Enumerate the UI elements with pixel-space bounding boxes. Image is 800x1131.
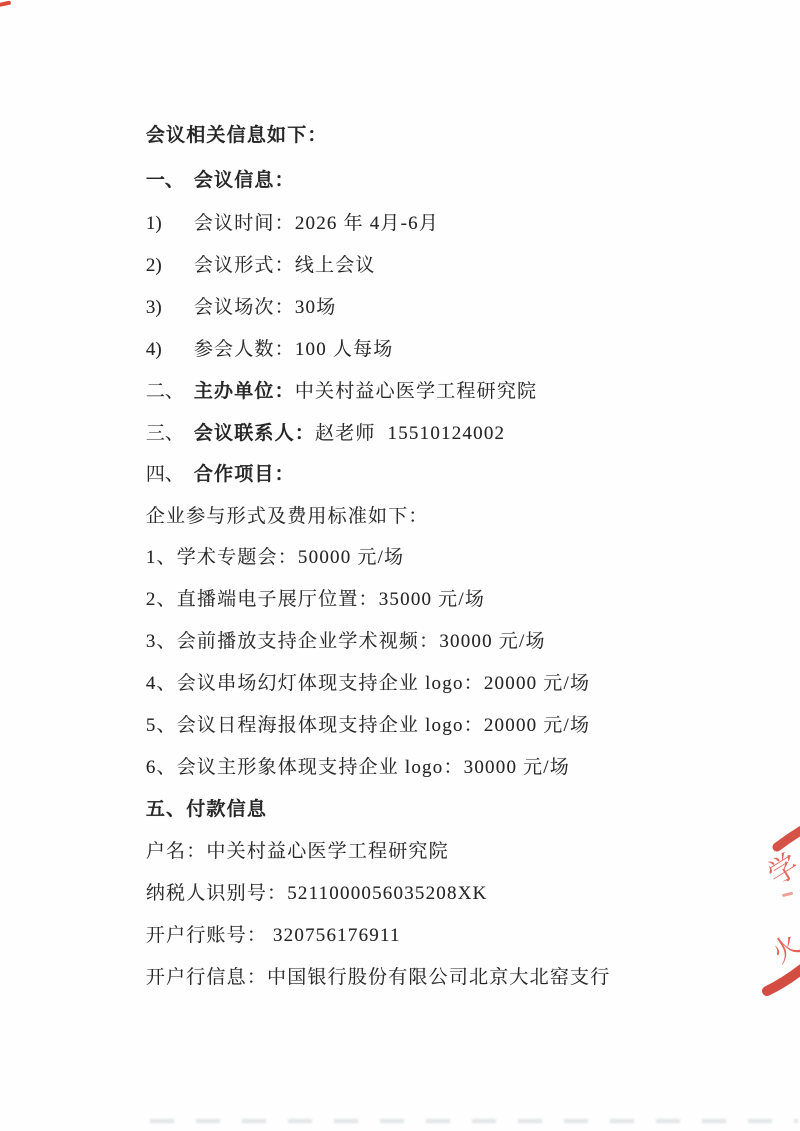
section-3-text: 赵老师 15510124002 <box>315 423 505 444</box>
red-pen-corner-mark <box>0 0 11 7</box>
payment-bank-info: 开户行信息：中国银行股份有限公司北京大北窑支行 <box>146 967 611 988</box>
stamp-arc-bottom <box>767 969 800 991</box>
page-bleed-smudge <box>150 1119 798 1123</box>
red-stamp-partial: 学 火 <box>740 812 800 1017</box>
scanned-document-page: 会议相关信息如下： 一、会议信息： 1)会议时间：2026 年 4月-6月 2)… <box>0 0 800 1131</box>
section-1-heading: 会议信息： <box>194 170 295 191</box>
stamp-character-fragment-top: 学 <box>762 848 800 892</box>
stamp-character-fragment-bottom: 火 <box>766 929 800 969</box>
stamp-ink-dash <box>782 892 793 898</box>
doc-intro-text: 会议相关信息如下： <box>146 125 328 146</box>
stamp-arc-top <box>777 830 800 847</box>
payment-bank-info-line: 开户行信息：中国银行股份有限公司北京大北窑支行 <box>122 943 610 1012</box>
